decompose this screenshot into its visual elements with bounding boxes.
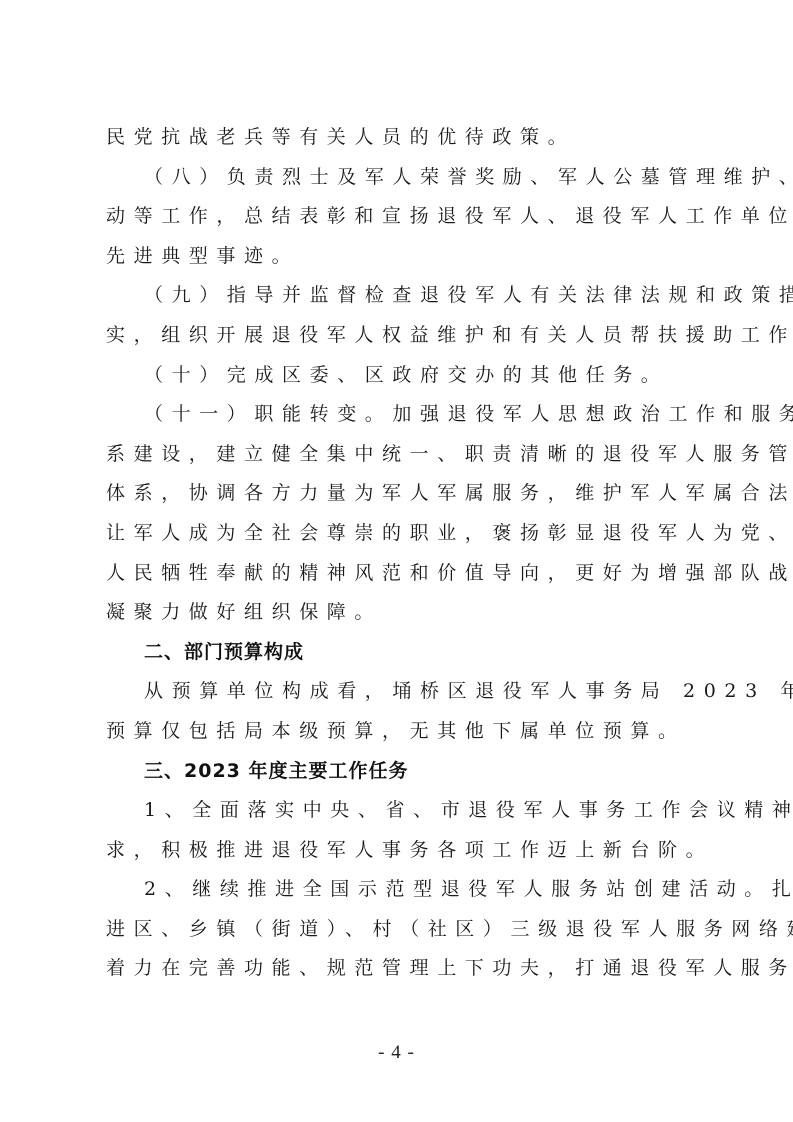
text-line-task-2: 2、继续推进全国示范型退役军人服务站创建活动。扎实推 — [106, 870, 696, 910]
text-line: 预算仅包括局本级预算，无其他下属单位预算。 — [106, 712, 696, 752]
text-line-item-10: （十）完成区委、区政府交办的其他任务。 — [106, 356, 696, 396]
text-line: 先进典型事迹。 — [106, 237, 696, 277]
page-number: - 4 - — [0, 1042, 793, 1064]
text-line: 着力在完善功能、规范管理上下功夫，打通退役军人服务保障最 — [106, 949, 696, 989]
text-line-item-8: （八）负责烈士及军人荣誉奖励、军人公墓管理维护、纪念活 — [106, 158, 696, 198]
text-line: 进区、乡镇（街道）、村（社区）三级退役军人服务网络建设。 — [106, 910, 696, 950]
text-line: 系建设，建立健全集中统一、职责清晰的退役军人服务管理保障 — [106, 435, 696, 475]
text-line-item-11: （十一）职能转变。加强退役军人思想政治工作和服务保障体 — [106, 395, 696, 435]
section-heading-main-tasks: 三、2023 年度主要工作任务 — [106, 752, 696, 792]
text-line: 民党抗战老兵等有关人员的优待政策。 — [106, 118, 696, 158]
text-line: 凝聚力做好组织保障。 — [106, 593, 696, 633]
text-line-task-1: 1、全面落实中央、省、市退役军人事务工作会议精神和要 — [106, 791, 696, 831]
document-body: 民党抗战老兵等有关人员的优待政策。 （八）负责烈士及军人荣誉奖励、军人公墓管理维… — [106, 118, 696, 989]
section-heading-budget-composition: 二、部门预算构成 — [106, 633, 696, 673]
text-line: 让军人成为全社会尊崇的职业，褒扬彰显退役军人为党、国家和 — [106, 514, 696, 554]
text-line: 人民牺牲奉献的精神风范和价值导向，更好为增强部队战斗力和 — [106, 554, 696, 594]
text-line: 从预算单位构成看，埇桥区退役军人事务局 2023 年度部门 — [106, 672, 696, 712]
text-line: 实，组织开展退役军人权益维护和有关人员帮扶援助工作。 — [106, 316, 696, 356]
text-line: 体系，协调各方力量为军人军属服务，维护军人军属合法权益， — [106, 474, 696, 514]
document-page: 民党抗战老兵等有关人员的优待政策。 （八）负责烈士及军人荣誉奖励、军人公墓管理维… — [0, 0, 793, 1122]
text-line: 动等工作，总结表彰和宣扬退役军人、退役军人工作单位和个人 — [106, 197, 696, 237]
text-line-item-9: （九）指导并监督检查退役军人有关法律法规和政策措施的落 — [106, 276, 696, 316]
text-line: 求，积极推进退役军人事务各项工作迈上新台阶。 — [106, 831, 696, 871]
